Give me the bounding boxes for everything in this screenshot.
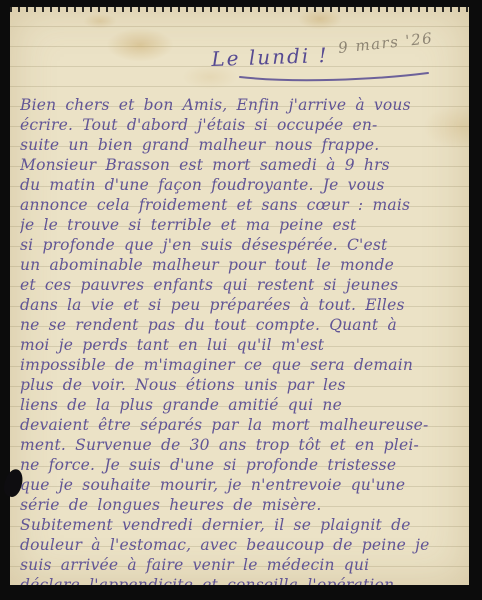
letter-line: liens de la plus grande amitié qui ne [20, 395, 468, 415]
photo-background: 9 mars '26 Le lundi ! Bien chers et bon … [0, 0, 482, 600]
letter-line: Bien chers et bon Amis, Enfin j'arrive à… [20, 95, 468, 115]
letter-line: ne force. Je suis d'une si profonde tris… [20, 455, 468, 475]
letter-line: que je souhaite mourir, je n'entrevoie q… [20, 475, 468, 495]
letter-line: ment. Survenue de 30 ans trop tôt et en … [20, 435, 468, 455]
letter-line: écrire. Tout d'abord j'étais si occupée … [20, 115, 468, 135]
letter-line: impossible de m'imaginer ce que sera dem… [20, 355, 468, 375]
letter-line: série de longues heures de misère. [20, 495, 468, 515]
letter-line: Monsieur Brasson est mort samedi à 9 hrs [20, 155, 468, 175]
letter-line: ne se rendent pas du tout compte. Quant … [20, 315, 468, 335]
letter-paper: 9 mars '26 Le lundi ! Bien chers et bon … [10, 7, 469, 585]
letter-line: suis arrivée à faire venir le médecin qu… [20, 555, 468, 575]
letter-line: annonce cela froidement et sans cœur : m… [20, 195, 468, 215]
letter-line: déclare l'appendicite et conseilla l'opé… [20, 575, 468, 585]
letter-line: suite un bien grand malheur nous frappe. [20, 135, 468, 155]
heading-underline-flourish [238, 70, 430, 84]
letter-line: plus de voir. Nous étions unis par les [20, 375, 468, 395]
letter-line: moi je perds tant en lui qu'il m'est [20, 335, 468, 355]
perforated-edge [10, 7, 469, 12]
letter-line: devaient être séparés par la mort malheu… [20, 415, 468, 435]
letter-line: dans la vie et si peu préparées à tout. … [20, 295, 468, 315]
letter-line: douleur à l'estomac, avec beaucoup de pe… [20, 535, 468, 555]
letter-line: du matin d'une façon foudroyante. Je vou… [20, 175, 468, 195]
letter-line: et ces pauvres enfants qui restent si je… [20, 275, 468, 295]
letter-line: Subitement vendredi dernier, il se plaig… [20, 515, 468, 535]
letter-line: je le trouve si terrible et ma peine est [20, 215, 468, 235]
letter-line: un abominable malheur pour tout le monde [20, 255, 468, 275]
letter-body: Bien chers et bon Amis, Enfin j'arrive à… [20, 95, 468, 585]
letter-line: si profonde que j'en suis désespérée. C'… [20, 235, 468, 255]
